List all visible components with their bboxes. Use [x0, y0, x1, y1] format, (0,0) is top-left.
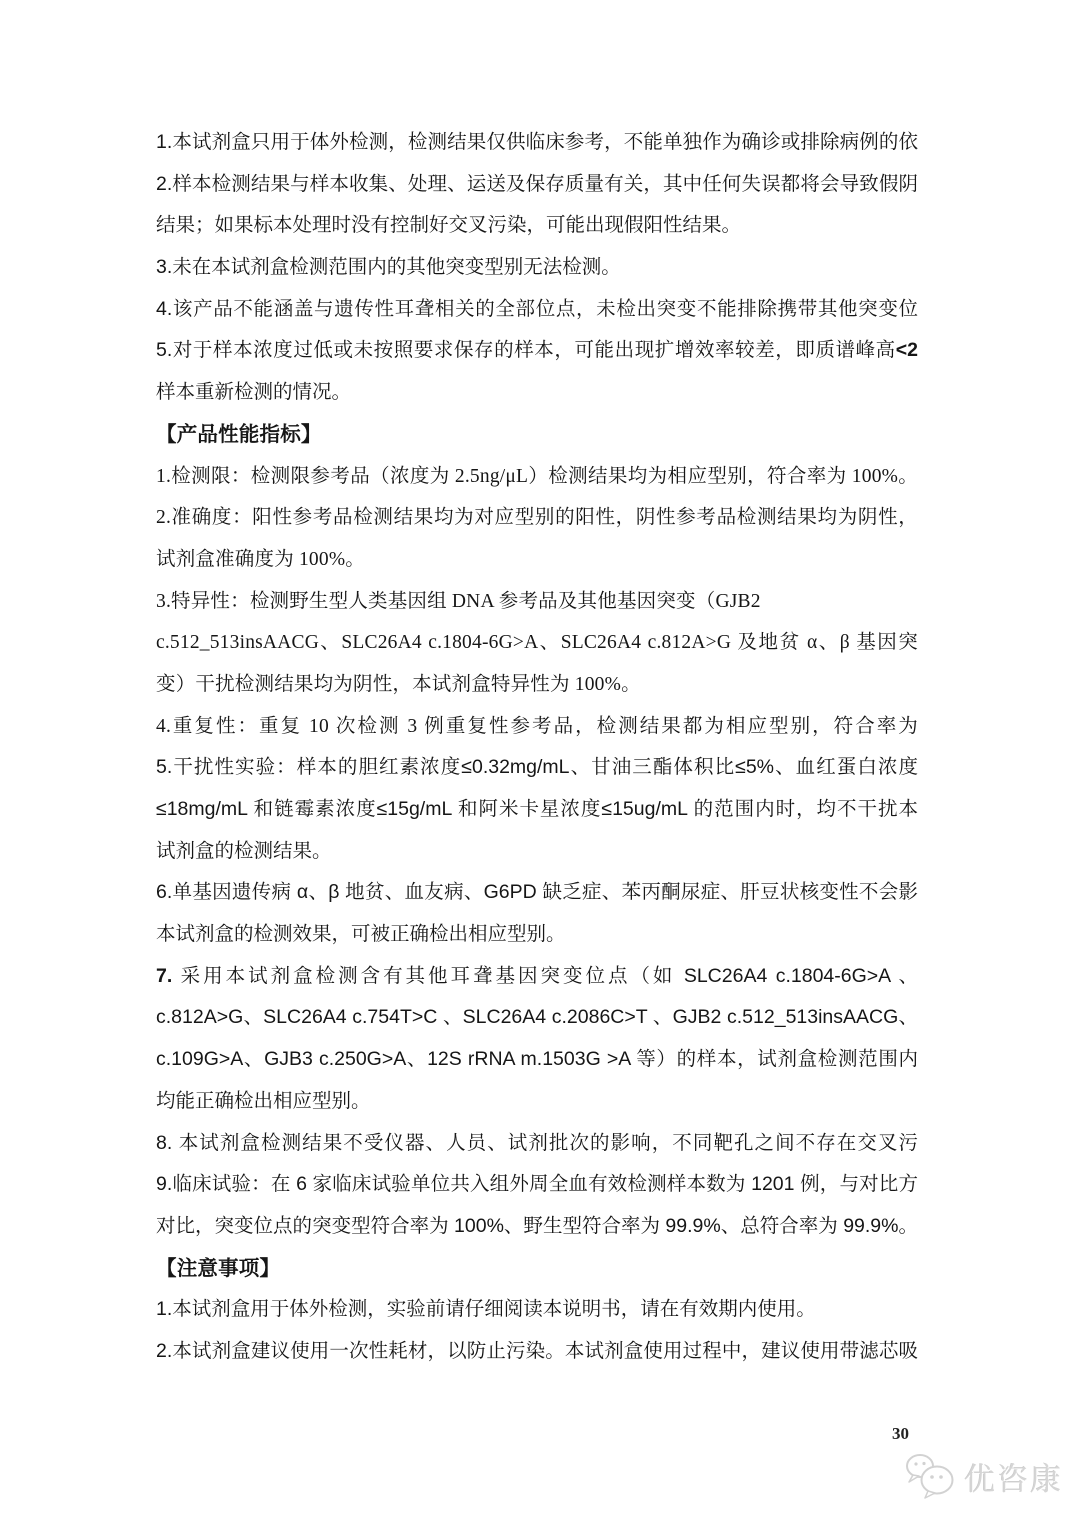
doc-line: 8. 本试剂盒检测结果不受仪器、人员、试剂批次的影响，不同靶孔之间不存在交叉污染…	[156, 1123, 918, 1165]
doc-line: 样本重新检测的情况。	[156, 372, 918, 414]
doc-line: 9.临床试验：在 6 家临床试验单位共入组外周全血有效检测样本数为 1201 例…	[156, 1164, 918, 1206]
doc-line: 试剂盒准确度为 100%。	[156, 539, 918, 581]
doc-line: 2.样本检测结果与样本收集、处理、运送及保存质量有关，其中任何失误都将会导致假阴…	[156, 164, 918, 206]
watermark-label: 优咨康	[964, 1454, 1063, 1499]
doc-line: 变）干扰检测结果均为阴性，本试剂盒特异性为 100%。	[156, 664, 918, 706]
doc-line: c.109G>A、GJB3 c.250G>A、12S rRNA m.1503G …	[156, 1039, 918, 1081]
doc-line: 5.对于样本浓度过低或未按照要求保存的样本，可能出现扩增效率较差，即质谱峰高<2…	[156, 330, 918, 372]
doc-line: 7. 采用本试剂盒检测含有其他耳聋基因突变位点（如 SLC26A4 c.1804…	[156, 956, 918, 998]
doc-line: 4.该产品不能涵盖与遗传性耳聋相关的全部位点，未检出突变不能排除携带其他突变位点…	[156, 289, 918, 331]
doc-line: 本试剂盒的检测效果，可被正确检出相应型别。	[156, 914, 918, 956]
doc-line: 6.单基因遗传病 α、β 地贫、血友病、G6PD 缺乏症、苯丙酮尿症、肝豆状核变…	[156, 872, 918, 914]
page-number: 30	[892, 1424, 909, 1444]
doc-line: 2.准确度：阳性参考品检测结果均为对应型别的阳性，阴性参考品检测结果均为阴性，本	[156, 497, 918, 539]
doc-line: 均能正确检出相应型别。	[156, 1081, 918, 1123]
watermark: 优咨康	[905, 1452, 1063, 1500]
doc-line: 4.重复性：重复 10 次检测 3 例重复性参考品，检测结果都为相应型别，符合率…	[156, 706, 918, 748]
document-page: 1.本试剂盒只用于体外检测，检测结果仅供临床参考，不能单独作为确诊或排除病例的依…	[0, 0, 1080, 1528]
doc-line: 1.本试剂盒用于体外检测，实验前请仔细阅读本说明书，请在有效期内使用。	[156, 1289, 918, 1331]
doc-line: 3.特异性：检测野生型人类基因组 DNA 参考品及其他基因突变（GJB2	[156, 581, 918, 623]
chat-bubbles-icon	[905, 1452, 957, 1500]
doc-line: 3.未在本试剂盒检测范围内的其他突变型别无法检测。	[156, 247, 918, 289]
section-heading: 【注意事项】	[156, 1248, 918, 1290]
doc-line: 结果；如果标本处理时没有控制好交叉污染，可能出现假阳性结果。	[156, 205, 918, 247]
doc-line: 5.干扰性实验：样本的胆红素浓度≤0.32mg/mL、甘油三酯体积比≤5%、血红…	[156, 747, 918, 789]
doc-line: 1.检测限：检测限参考品（浓度为 2.5ng/μL）检测结果均为相应型别，符合率…	[156, 456, 918, 498]
doc-line: c.812A>G、SLC26A4 c.754T>C 、SLC26A4 c.208…	[156, 997, 918, 1039]
doc-line: 2.本试剂盒建议使用一次性耗材，以防止污染。本试剂盒使用过程中，建议使用带滤芯吸…	[156, 1331, 918, 1373]
section-heading: 【产品性能指标】	[156, 414, 918, 456]
document-body: 1.本试剂盒只用于体外检测，检测结果仅供临床参考，不能单独作为确诊或排除病例的依…	[156, 122, 918, 1373]
doc-line: 对比，突变位点的突变型符合率为 100%、野生型符合率为 99.9%、总符合率为…	[156, 1206, 918, 1248]
doc-line: ≤18mg/mL 和链霉素浓度≤15g/mL 和阿米卡星浓度≤15ug/mL 的…	[156, 789, 918, 831]
doc-line: 试剂盒的检测结果。	[156, 831, 918, 873]
doc-line: c.512_513insAACG、SLC26A4 c.1804-6G>A、SLC…	[156, 622, 918, 664]
doc-line: 1.本试剂盒只用于体外检测，检测结果仅供临床参考，不能单独作为确诊或排除病例的依…	[156, 122, 918, 164]
